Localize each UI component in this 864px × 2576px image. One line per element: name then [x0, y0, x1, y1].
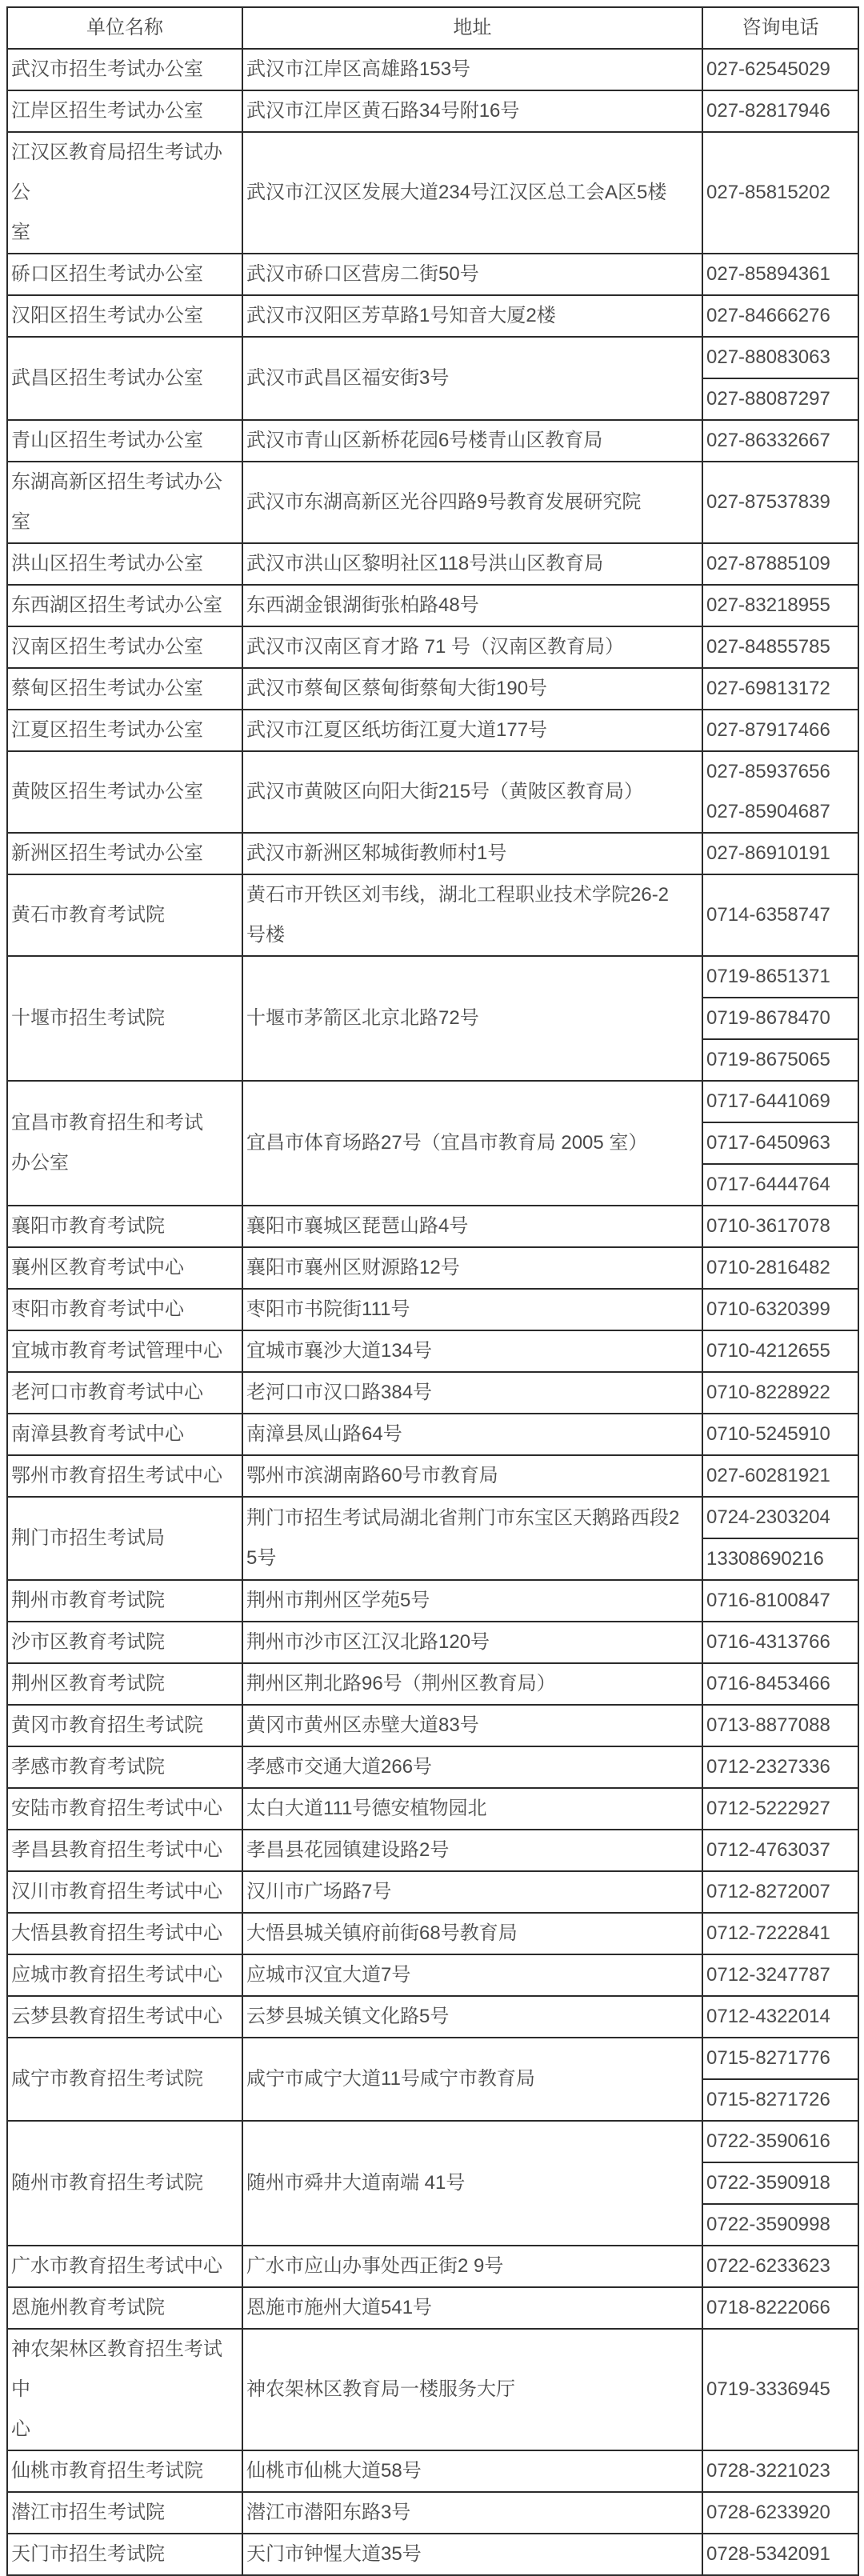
phone-cell: 0724-2303204 — [702, 1497, 858, 1538]
table-row: 应城市教育招生考试中心应城市汉宜大道7号0712-3247787 — [7, 1954, 858, 1996]
unit-name-cell: 汉阳区招生考试办公室 — [7, 295, 242, 337]
address-cell: 武汉市江汉区发展大道234号江汉区总工会A区5楼 — [242, 132, 702, 254]
table-row: 恩施州教育考试院恩施市施州大道541号0718-8222066 — [7, 2287, 858, 2329]
unit-name-cell: 宜昌市教育招生和考试 办公室 — [7, 1081, 242, 1206]
column-header-phone: 咨询电话 — [702, 7, 858, 49]
table-row: 安陆市教育招生考试中心太白大道111号德安植物园北0712-5222927 — [7, 1788, 858, 1830]
table-row: 蔡甸区招生考试办公室武汉市蔡甸区蔡甸街蔡甸大街190号027-69813172 — [7, 668, 858, 710]
table-row: 荆门市招生考试局荆门市招生考试局湖北省荆门市东宝区天鹅路西段2 5号0724-2… — [7, 1497, 858, 1538]
table-row: 武昌区招生考试办公室武汉市武昌区福安街3号027-88083063 — [7, 337, 858, 378]
unit-name-cell: 荆门市招生考试局 — [7, 1497, 242, 1580]
phone-number: 027-85937656 — [706, 752, 856, 792]
unit-name-cell: 应城市教育招生考试中心 — [7, 1954, 242, 1996]
table-row: 十堰市招生考试院十堰市茅箭区北京北路72号0719-8651371 — [7, 956, 858, 998]
table-row: 汉南区招生考试办公室武汉市汉南区育才路 71 号（汉南区教育局）027-8485… — [7, 626, 858, 668]
phone-cell: 0722-3590616 — [702, 2121, 858, 2162]
phone-cell: 0710-6320399 — [702, 1289, 858, 1330]
phone-cell: 0719-8678470 — [702, 998, 858, 1039]
table-row: 青山区招生考试办公室武汉市青山区新桥花园6号楼青山区教育局027-8633266… — [7, 420, 858, 462]
address-cell: 天门市钟惺大道35号 — [242, 2534, 702, 2575]
table-row: 江夏区招生考试办公室武汉市江夏区纸坊街江夏大道177号027-87917466 — [7, 710, 858, 751]
table-row: 黄石市教育考试院黄石市开铁区刘韦线，湖北工程职业技术学院26-2 号楼0714-… — [7, 874, 858, 956]
table-row: 大悟县教育招生考试中心大悟县城关镇府前街68号教育局0712-7222841 — [7, 1913, 858, 1954]
phone-cell: 0715-8271776 — [702, 2038, 858, 2079]
phone-cell: 0716-8453466 — [702, 1663, 858, 1705]
table-row: 新洲区招生考试办公室武汉市新洲区邾城街教师村1号027-86910191 — [7, 833, 858, 874]
address-cell: 武汉市江岸区高雄路153号 — [242, 49, 702, 90]
phone-cell: 0710-3617078 — [702, 1206, 858, 1247]
table-row: 孝昌县教育招生考试中心孝昌县花园镇建设路2号0712-4763037 — [7, 1830, 858, 1871]
phone-cell: 027-85937656027-85904687 — [702, 751, 858, 833]
address-cell: 武汉市武昌区福安街3号 — [242, 337, 702, 420]
unit-name-cell: 武汉市招生考试办公室 — [7, 49, 242, 90]
address-cell: 太白大道111号德安植物园北 — [242, 1788, 702, 1830]
address-cell: 恩施市施州大道541号 — [242, 2287, 702, 2329]
table-row: 咸宁市教育招生考试院咸宁市咸宁大道11号咸宁市教育局0715-8271776 — [7, 2038, 858, 2079]
contact-table: 单位名称 地址 咨询电话 武汉市招生考试办公室武汉市江岸区高雄路153号027-… — [6, 6, 859, 2576]
table-row: 江岸区招生考试办公室武汉市江岸区黄石路34号附16号027-82817946 — [7, 90, 858, 132]
table-row: 广水市教育招生考试中心广水市应山办事处西正街2 9号0722-6233623 — [7, 2246, 858, 2287]
table-row: 荆州区教育考试院荆州区荆北路96号（荆州区教育局）0716-8453466 — [7, 1663, 858, 1705]
phone-cell: 027-62545029 — [702, 49, 858, 90]
unit-name-cell: 广水市教育招生考试中心 — [7, 2246, 242, 2287]
address-cell: 神农架林区教育局一楼服务大厅 — [242, 2329, 702, 2450]
phone-cell: 0714-6358747 — [702, 874, 858, 956]
unit-name-cell: 南漳县教育考试中心 — [7, 1414, 242, 1455]
phone-cell: 0717-6441069 — [702, 1081, 858, 1122]
unit-name-cell: 恩施州教育考试院 — [7, 2287, 242, 2329]
unit-name-cell: 孝感市教育考试院 — [7, 1746, 242, 1788]
phone-cell: 0719-3336945 — [702, 2329, 858, 2450]
phone-cell: 0722-3590998 — [702, 2204, 858, 2246]
phone-cell: 027-85815202 — [702, 132, 858, 254]
address-cell: 武汉市汉阳区芳草路1号知音大厦2楼 — [242, 295, 702, 337]
table-row: 鄂州市教育招生考试中心鄂州市滨湖南路60号市教育局027-60281921 — [7, 1455, 858, 1497]
address-cell: 大悟县城关镇府前街68号教育局 — [242, 1913, 702, 1954]
unit-name-cell: 云梦县教育招生考试中心 — [7, 1996, 242, 2038]
address-cell: 老河口市汉口路384号 — [242, 1372, 702, 1414]
unit-name-cell: 鄂州市教育招生考试中心 — [7, 1455, 242, 1497]
unit-name-cell: 新洲区招生考试办公室 — [7, 833, 242, 874]
phone-cell: 0710-2816482 — [702, 1247, 858, 1289]
address-cell: 鄂州市滨湖南路60号市教育局 — [242, 1455, 702, 1497]
phone-cell: 0716-4313766 — [702, 1622, 858, 1663]
address-cell: 荆州市荆州区学苑5号 — [242, 1580, 702, 1622]
phone-cell: 0716-8100847 — [702, 1580, 858, 1622]
table-row: 枣阳市教育考试中心枣阳市书院街111号0710-6320399 — [7, 1289, 858, 1330]
phone-number: 027-85904687 — [706, 792, 856, 832]
unit-name-cell: 襄阳市教育考试院 — [7, 1206, 242, 1247]
table-row: 荆州市教育考试院荆州市荆州区学苑5号0716-8100847 — [7, 1580, 858, 1622]
unit-name-cell: 江夏区招生考试办公室 — [7, 710, 242, 751]
address-cell: 襄阳市襄城区琵琶山路4号 — [242, 1206, 702, 1247]
phone-cell: 0717-6444764 — [702, 1164, 858, 1206]
address-cell: 十堰市茅箭区北京北路72号 — [242, 956, 702, 1081]
address-cell: 云梦县城关镇文化路5号 — [242, 1996, 702, 2038]
address-cell: 南漳县凤山路64号 — [242, 1414, 702, 1455]
address-cell: 东西湖金银湖街张柏路48号 — [242, 585, 702, 626]
table-row: 潜江市招生考试院潜江市潜阳东路3号0728-6233920 — [7, 2492, 858, 2534]
address-cell: 武汉市江夏区纸坊街江夏大道177号 — [242, 710, 702, 751]
header-row: 单位名称 地址 咨询电话 — [7, 7, 858, 49]
table-header: 单位名称 地址 咨询电话 — [7, 7, 858, 49]
table-row: 宜昌市教育招生和考试 办公室宜昌市体育场路27号（宜昌市教育局 2005 室）0… — [7, 1081, 858, 1122]
address-cell: 荆门市招生考试局湖北省荆门市东宝区天鹅路西段2 5号 — [242, 1497, 702, 1580]
phone-cell: 027-85894361 — [702, 254, 858, 295]
table-row: 神农架林区教育招生考试中 心神农架林区教育局一楼服务大厅0719-3336945 — [7, 2329, 858, 2450]
unit-name-cell: 东西湖区招生考试办公室 — [7, 585, 242, 626]
table-row: 黄冈市教育招生考试院黄冈市黄州区赤壁大道83号0713-8877088 — [7, 1705, 858, 1746]
address-cell: 武汉市东湖高新区光谷四路9号教育发展研究院 — [242, 462, 702, 543]
unit-name-cell: 潜江市招生考试院 — [7, 2492, 242, 2534]
address-cell: 汉川市广场路7号 — [242, 1871, 702, 1913]
phone-cell: 0715-8271726 — [702, 2079, 858, 2121]
table-row: 汉川市教育招生考试中心汉川市广场路7号0712-8272007 — [7, 1871, 858, 1913]
phone-cell: 027-88087297 — [702, 378, 858, 420]
table-body: 武汉市招生考试办公室武汉市江岸区高雄路153号027-62545029江岸区招生… — [7, 49, 858, 2575]
address-cell: 荆州市沙市区江汉北路120号 — [242, 1622, 702, 1663]
unit-name-cell: 东湖高新区招生考试办公室 — [7, 462, 242, 543]
address-cell: 黄石市开铁区刘韦线，湖北工程职业技术学院26-2 号楼 — [242, 874, 702, 956]
unit-name-cell: 黄石市教育考试院 — [7, 874, 242, 956]
phone-cell: 0719-8651371 — [702, 956, 858, 998]
phone-cell: 0713-8877088 — [702, 1705, 858, 1746]
unit-name-cell: 咸宁市教育招生考试院 — [7, 2038, 242, 2121]
address-cell: 武汉市黄陂区向阳大街215号（黄陂区教育局） — [242, 751, 702, 833]
table-row: 老河口市教育考试中心老河口市汉口路384号0710-8228922 — [7, 1372, 858, 1414]
phone-cell: 027-69813172 — [702, 668, 858, 710]
address-cell: 潜江市潜阳东路3号 — [242, 2492, 702, 2534]
phone-cell: 027-83218955 — [702, 585, 858, 626]
address-cell: 广水市应山办事处西正街2 9号 — [242, 2246, 702, 2287]
address-cell: 仙桃市仙桃大道58号 — [242, 2450, 702, 2492]
address-cell: 孝昌县花园镇建设路2号 — [242, 1830, 702, 1871]
phone-cell: 0712-3247787 — [702, 1954, 858, 1996]
table-row: 云梦县教育招生考试中心云梦县城关镇文化路5号0712-4322014 — [7, 1996, 858, 2038]
phone-cell: 027-84855785 — [702, 626, 858, 668]
address-cell: 孝感市交通大道266号 — [242, 1746, 702, 1788]
phone-cell: 0712-5222927 — [702, 1788, 858, 1830]
unit-name-cell: 黄冈市教育招生考试院 — [7, 1705, 242, 1746]
unit-name-cell: 襄州区教育考试中心 — [7, 1247, 242, 1289]
unit-name-cell: 天门市招生考试院 — [7, 2534, 242, 2575]
table-row: 襄阳市教育考试院襄阳市襄城区琵琶山路4号0710-3617078 — [7, 1206, 858, 1247]
table-row: 沙市区教育考试院荆州市沙市区江汉北路120号0716-4313766 — [7, 1622, 858, 1663]
phone-cell: 0712-4322014 — [702, 1996, 858, 2038]
unit-name-cell: 洪山区招生考试办公室 — [7, 543, 242, 585]
address-cell: 武汉市汉南区育才路 71 号（汉南区教育局） — [242, 626, 702, 668]
address-cell: 宜城市襄沙大道134号 — [242, 1330, 702, 1372]
phone-cell: 0712-8272007 — [702, 1871, 858, 1913]
table-row: 孝感市教育考试院孝感市交通大道266号0712-2327336 — [7, 1746, 858, 1788]
address-cell: 枣阳市书院街111号 — [242, 1289, 702, 1330]
phone-cell: 027-86332667 — [702, 420, 858, 462]
unit-name-cell: 蔡甸区招生考试办公室 — [7, 668, 242, 710]
table-row: 武汉市招生考试办公室武汉市江岸区高雄路153号027-62545029 — [7, 49, 858, 90]
unit-name-cell: 汉南区招生考试办公室 — [7, 626, 242, 668]
phone-cell: 0719-8675065 — [702, 1039, 858, 1081]
table-row: 东西湖区招生考试办公室东西湖金银湖街张柏路48号027-83218955 — [7, 585, 858, 626]
phone-cell: 0728-6233920 — [702, 2492, 858, 2534]
table-row: 江汉区教育局招生考试办公 室武汉市江汉区发展大道234号江汉区总工会A区5楼02… — [7, 132, 858, 254]
table-row: 洪山区招生考试办公室武汉市洪山区黎明社区118号洪山区教育局027-878851… — [7, 543, 858, 585]
address-cell: 武汉市江岸区黄石路34号附16号 — [242, 90, 702, 132]
phone-cell: 0710-8228922 — [702, 1372, 858, 1414]
phone-cell: 0718-8222066 — [702, 2287, 858, 2329]
unit-name-cell: 安陆市教育招生考试中心 — [7, 1788, 242, 1830]
table-row: 天门市招生考试院天门市钟惺大道35号0728-5342091 — [7, 2534, 858, 2575]
column-header-address: 地址 — [242, 7, 702, 49]
address-cell: 黄冈市黄州区赤壁大道83号 — [242, 1705, 702, 1746]
unit-name-cell: 青山区招生考试办公室 — [7, 420, 242, 462]
address-cell: 武汉市洪山区黎明社区118号洪山区教育局 — [242, 543, 702, 585]
address-cell: 应城市汉宜大道7号 — [242, 1954, 702, 1996]
phone-cell: 027-88083063 — [702, 337, 858, 378]
table-row: 仙桃市教育招生考试院仙桃市仙桃大道58号0728-3221023 — [7, 2450, 858, 2492]
unit-name-cell: 武昌区招生考试办公室 — [7, 337, 242, 420]
column-header-unit-name: 单位名称 — [7, 7, 242, 49]
unit-name-cell: 随州市教育招生考试院 — [7, 2121, 242, 2246]
phone-cell: 027-87917466 — [702, 710, 858, 751]
phone-cell: 13308690216 — [702, 1538, 858, 1580]
table-row: 襄州区教育考试中心襄阳市襄州区财源路12号0710-2816482 — [7, 1247, 858, 1289]
unit-name-cell: 宜城市教育考试管理中心 — [7, 1330, 242, 1372]
phone-cell: 027-60281921 — [702, 1455, 858, 1497]
address-cell: 武汉市新洲区邾城街教师村1号 — [242, 833, 702, 874]
unit-name-cell: 汉川市教育招生考试中心 — [7, 1871, 242, 1913]
table-row: 硚口区招生考试办公室武汉市硚口区营房二街50号027-85894361 — [7, 254, 858, 295]
address-cell: 襄阳市襄州区财源路12号 — [242, 1247, 702, 1289]
unit-name-cell: 江岸区招生考试办公室 — [7, 90, 242, 132]
phone-cell: 027-82817946 — [702, 90, 858, 132]
address-cell: 宜昌市体育场路27号（宜昌市教育局 2005 室） — [242, 1081, 702, 1206]
address-cell: 咸宁市咸宁大道11号咸宁市教育局 — [242, 2038, 702, 2121]
unit-name-cell: 黄陂区招生考试办公室 — [7, 751, 242, 833]
table-row: 东湖高新区招生考试办公室武汉市东湖高新区光谷四路9号教育发展研究院027-875… — [7, 462, 858, 543]
unit-name-cell: 江汉区教育局招生考试办公 室 — [7, 132, 242, 254]
address-cell: 武汉市青山区新桥花园6号楼青山区教育局 — [242, 420, 702, 462]
phone-cell: 0728-3221023 — [702, 2450, 858, 2492]
table-row: 宜城市教育考试管理中心宜城市襄沙大道134号0710-4212655 — [7, 1330, 858, 1372]
phone-cell: 027-86910191 — [702, 833, 858, 874]
unit-name-cell: 仙桃市教育招生考试院 — [7, 2450, 242, 2492]
unit-name-cell: 荆州市教育考试院 — [7, 1580, 242, 1622]
phone-cell: 027-84666276 — [702, 295, 858, 337]
unit-name-cell: 沙市区教育考试院 — [7, 1622, 242, 1663]
phone-cell: 027-87537839 — [702, 462, 858, 543]
unit-name-cell: 枣阳市教育考试中心 — [7, 1289, 242, 1330]
phone-cell: 0717-6450963 — [702, 1122, 858, 1164]
unit-name-cell: 老河口市教育考试中心 — [7, 1372, 242, 1414]
table-row: 随州市教育招生考试院随州市舜井大道南端 41号0722-3590616 — [7, 2121, 858, 2162]
phone-cell: 0710-4212655 — [702, 1330, 858, 1372]
table-row: 黄陂区招生考试办公室武汉市黄陂区向阳大街215号（黄陂区教育局）027-8593… — [7, 751, 858, 833]
phone-cell: 0712-7222841 — [702, 1913, 858, 1954]
unit-name-cell: 硚口区招生考试办公室 — [7, 254, 242, 295]
phone-cell: 0712-4763037 — [702, 1830, 858, 1871]
address-cell: 武汉市蔡甸区蔡甸街蔡甸大街190号 — [242, 668, 702, 710]
address-cell: 荆州区荆北路96号（荆州区教育局） — [242, 1663, 702, 1705]
phone-cell: 0728-5342091 — [702, 2534, 858, 2575]
phone-cell: 0722-3590918 — [702, 2162, 858, 2204]
phone-cell: 0722-6233623 — [702, 2246, 858, 2287]
unit-name-cell: 大悟县教育招生考试中心 — [7, 1913, 242, 1954]
unit-name-cell: 荆州区教育考试院 — [7, 1663, 242, 1705]
address-cell: 武汉市硚口区营房二街50号 — [242, 254, 702, 295]
address-cell: 随州市舜井大道南端 41号 — [242, 2121, 702, 2246]
table-row: 南漳县教育考试中心南漳县凤山路64号0710-5245910 — [7, 1414, 858, 1455]
unit-name-cell: 孝昌县教育招生考试中心 — [7, 1830, 242, 1871]
phone-cell: 0710-5245910 — [702, 1414, 858, 1455]
table-row: 汉阳区招生考试办公室武汉市汉阳区芳草路1号知音大厦2楼027-84666276 — [7, 295, 858, 337]
document-page: 单位名称 地址 咨询电话 武汉市招生考试办公室武汉市江岸区高雄路153号027-… — [0, 0, 864, 2576]
phone-cell: 0712-2327336 — [702, 1746, 858, 1788]
unit-name-cell: 神农架林区教育招生考试中 心 — [7, 2329, 242, 2450]
unit-name-cell: 十堰市招生考试院 — [7, 956, 242, 1081]
phone-cell: 027-87885109 — [702, 543, 858, 585]
